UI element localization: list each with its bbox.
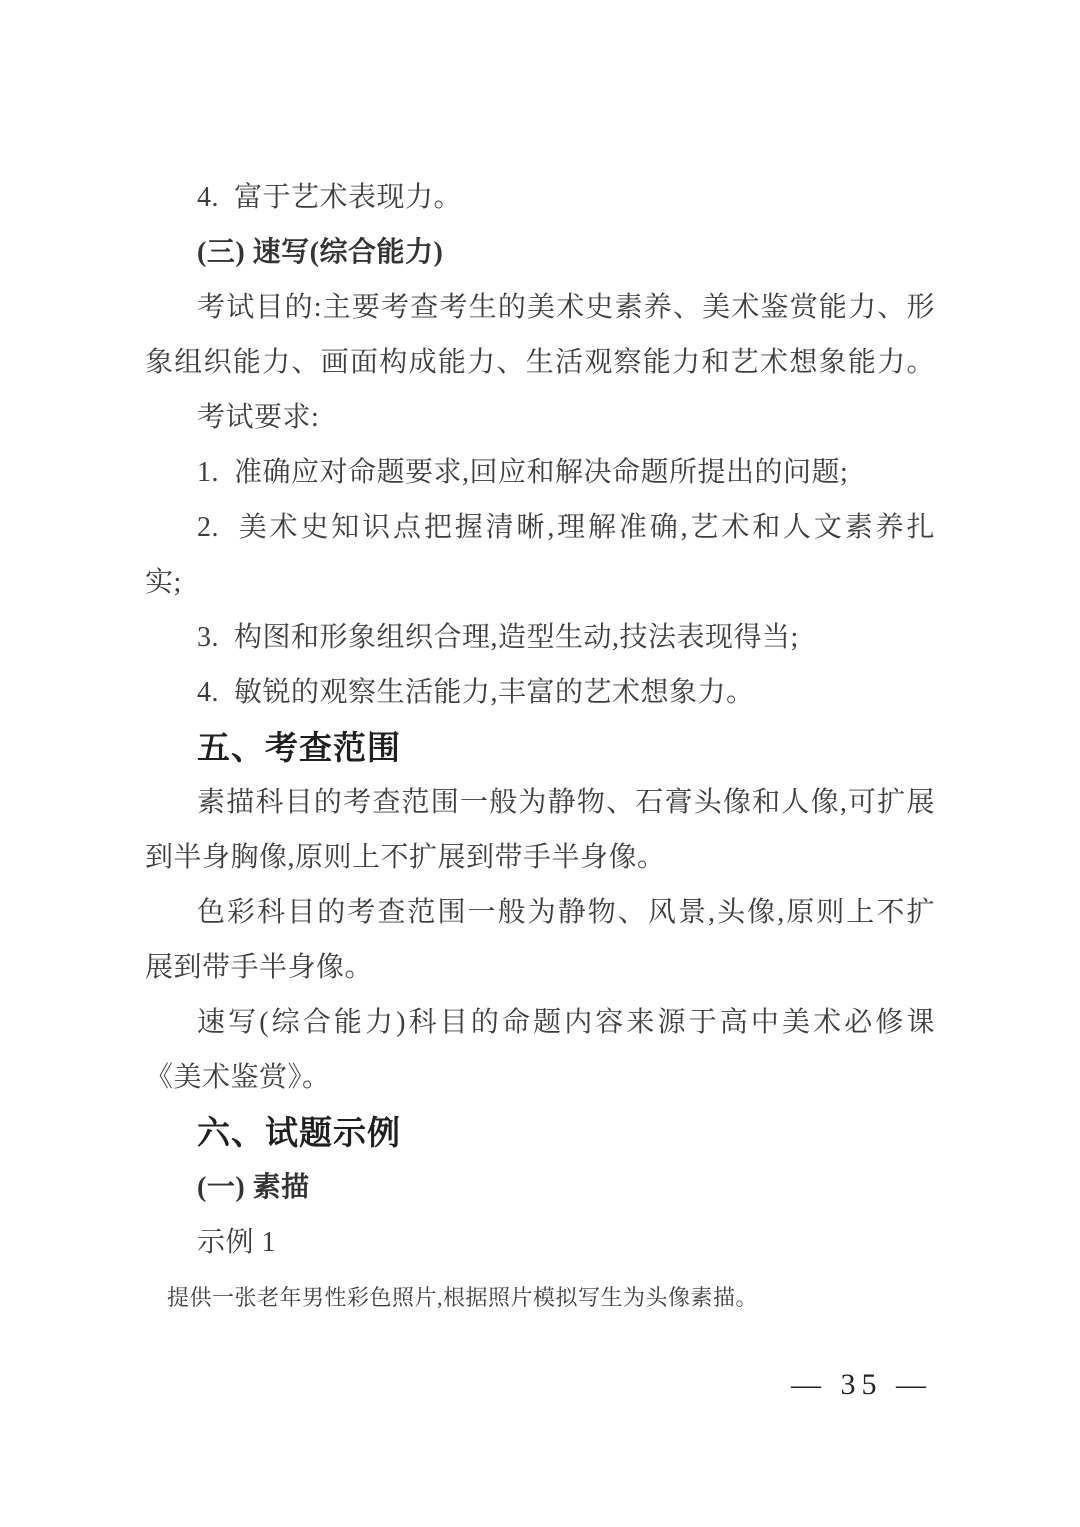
- para-color-scope-line2: 展到带手半身像。: [145, 940, 935, 995]
- para-exam-purpose-line1: 考试目的:主要考查考生的美术史素养、美术鉴赏能力、形: [145, 280, 935, 335]
- requirement-item-4: 4. 敏锐的观察生活能力,丰富的艺术想象力。: [145, 665, 935, 720]
- heading-section-6-sample-questions: 六、试题示例: [145, 1105, 935, 1160]
- para-sketch-scope-line1: 素描科目的考查范围一般为静物、石膏头像和人像,可扩展: [145, 775, 935, 830]
- document-body: 4. 富于艺术表现力。 (三) 速写(综合能力) 考试目的:主要考查考生的美术史…: [145, 170, 935, 1325]
- requirement-item-2-line2: 实;: [145, 555, 935, 610]
- para-color-scope-line1: 色彩科目的考查范围一般为静物、风景,头像,原则上不扩: [145, 885, 935, 940]
- requirement-item-3: 3. 构图和形象组织合理,造型生动,技法表现得当;: [145, 610, 935, 665]
- heading-section-5-exam-scope: 五、考查范围: [145, 720, 935, 775]
- para-quicksketch-scope-line1: 速写(综合能力)科目的命题内容来源于高中美术必修课: [145, 995, 935, 1050]
- subheading-part-1-sketch: (一) 素描: [145, 1160, 935, 1215]
- para-quicksketch-scope-line2: 《美术鉴赏》。: [145, 1050, 935, 1105]
- para-sketch-scope-line2: 到半身胸像,原则上不扩展到带手半身像。: [145, 830, 935, 885]
- para-exam-requirements-label: 考试要求:: [145, 390, 935, 445]
- requirement-item-1: 1. 准确应对命题要求,回应和解决命题所提出的问题;: [145, 445, 935, 500]
- example-1-description: 提供一张老年男性彩色照片,根据照片模拟写生为头像素描。: [145, 1270, 935, 1325]
- subheading-sketch-comprehensive-ability: (三) 速写(综合能力): [145, 225, 935, 280]
- requirement-item-2-line1: 2. 美术史知识点把握清晰,理解准确,艺术和人文素养扎: [145, 500, 935, 555]
- example-1-label: 示例 1: [145, 1215, 935, 1270]
- document-page: 4. 富于艺术表现力。 (三) 速写(综合能力) 考试目的:主要考查考生的美术史…: [0, 0, 1080, 1527]
- para-exam-purpose-line2: 象组织能力、画面构成能力、生活观察能力和艺术想象能力。: [145, 335, 935, 390]
- page-number: — 35 —: [791, 1368, 932, 1402]
- list-item-4-art-expression: 4. 富于艺术表现力。: [145, 170, 935, 225]
